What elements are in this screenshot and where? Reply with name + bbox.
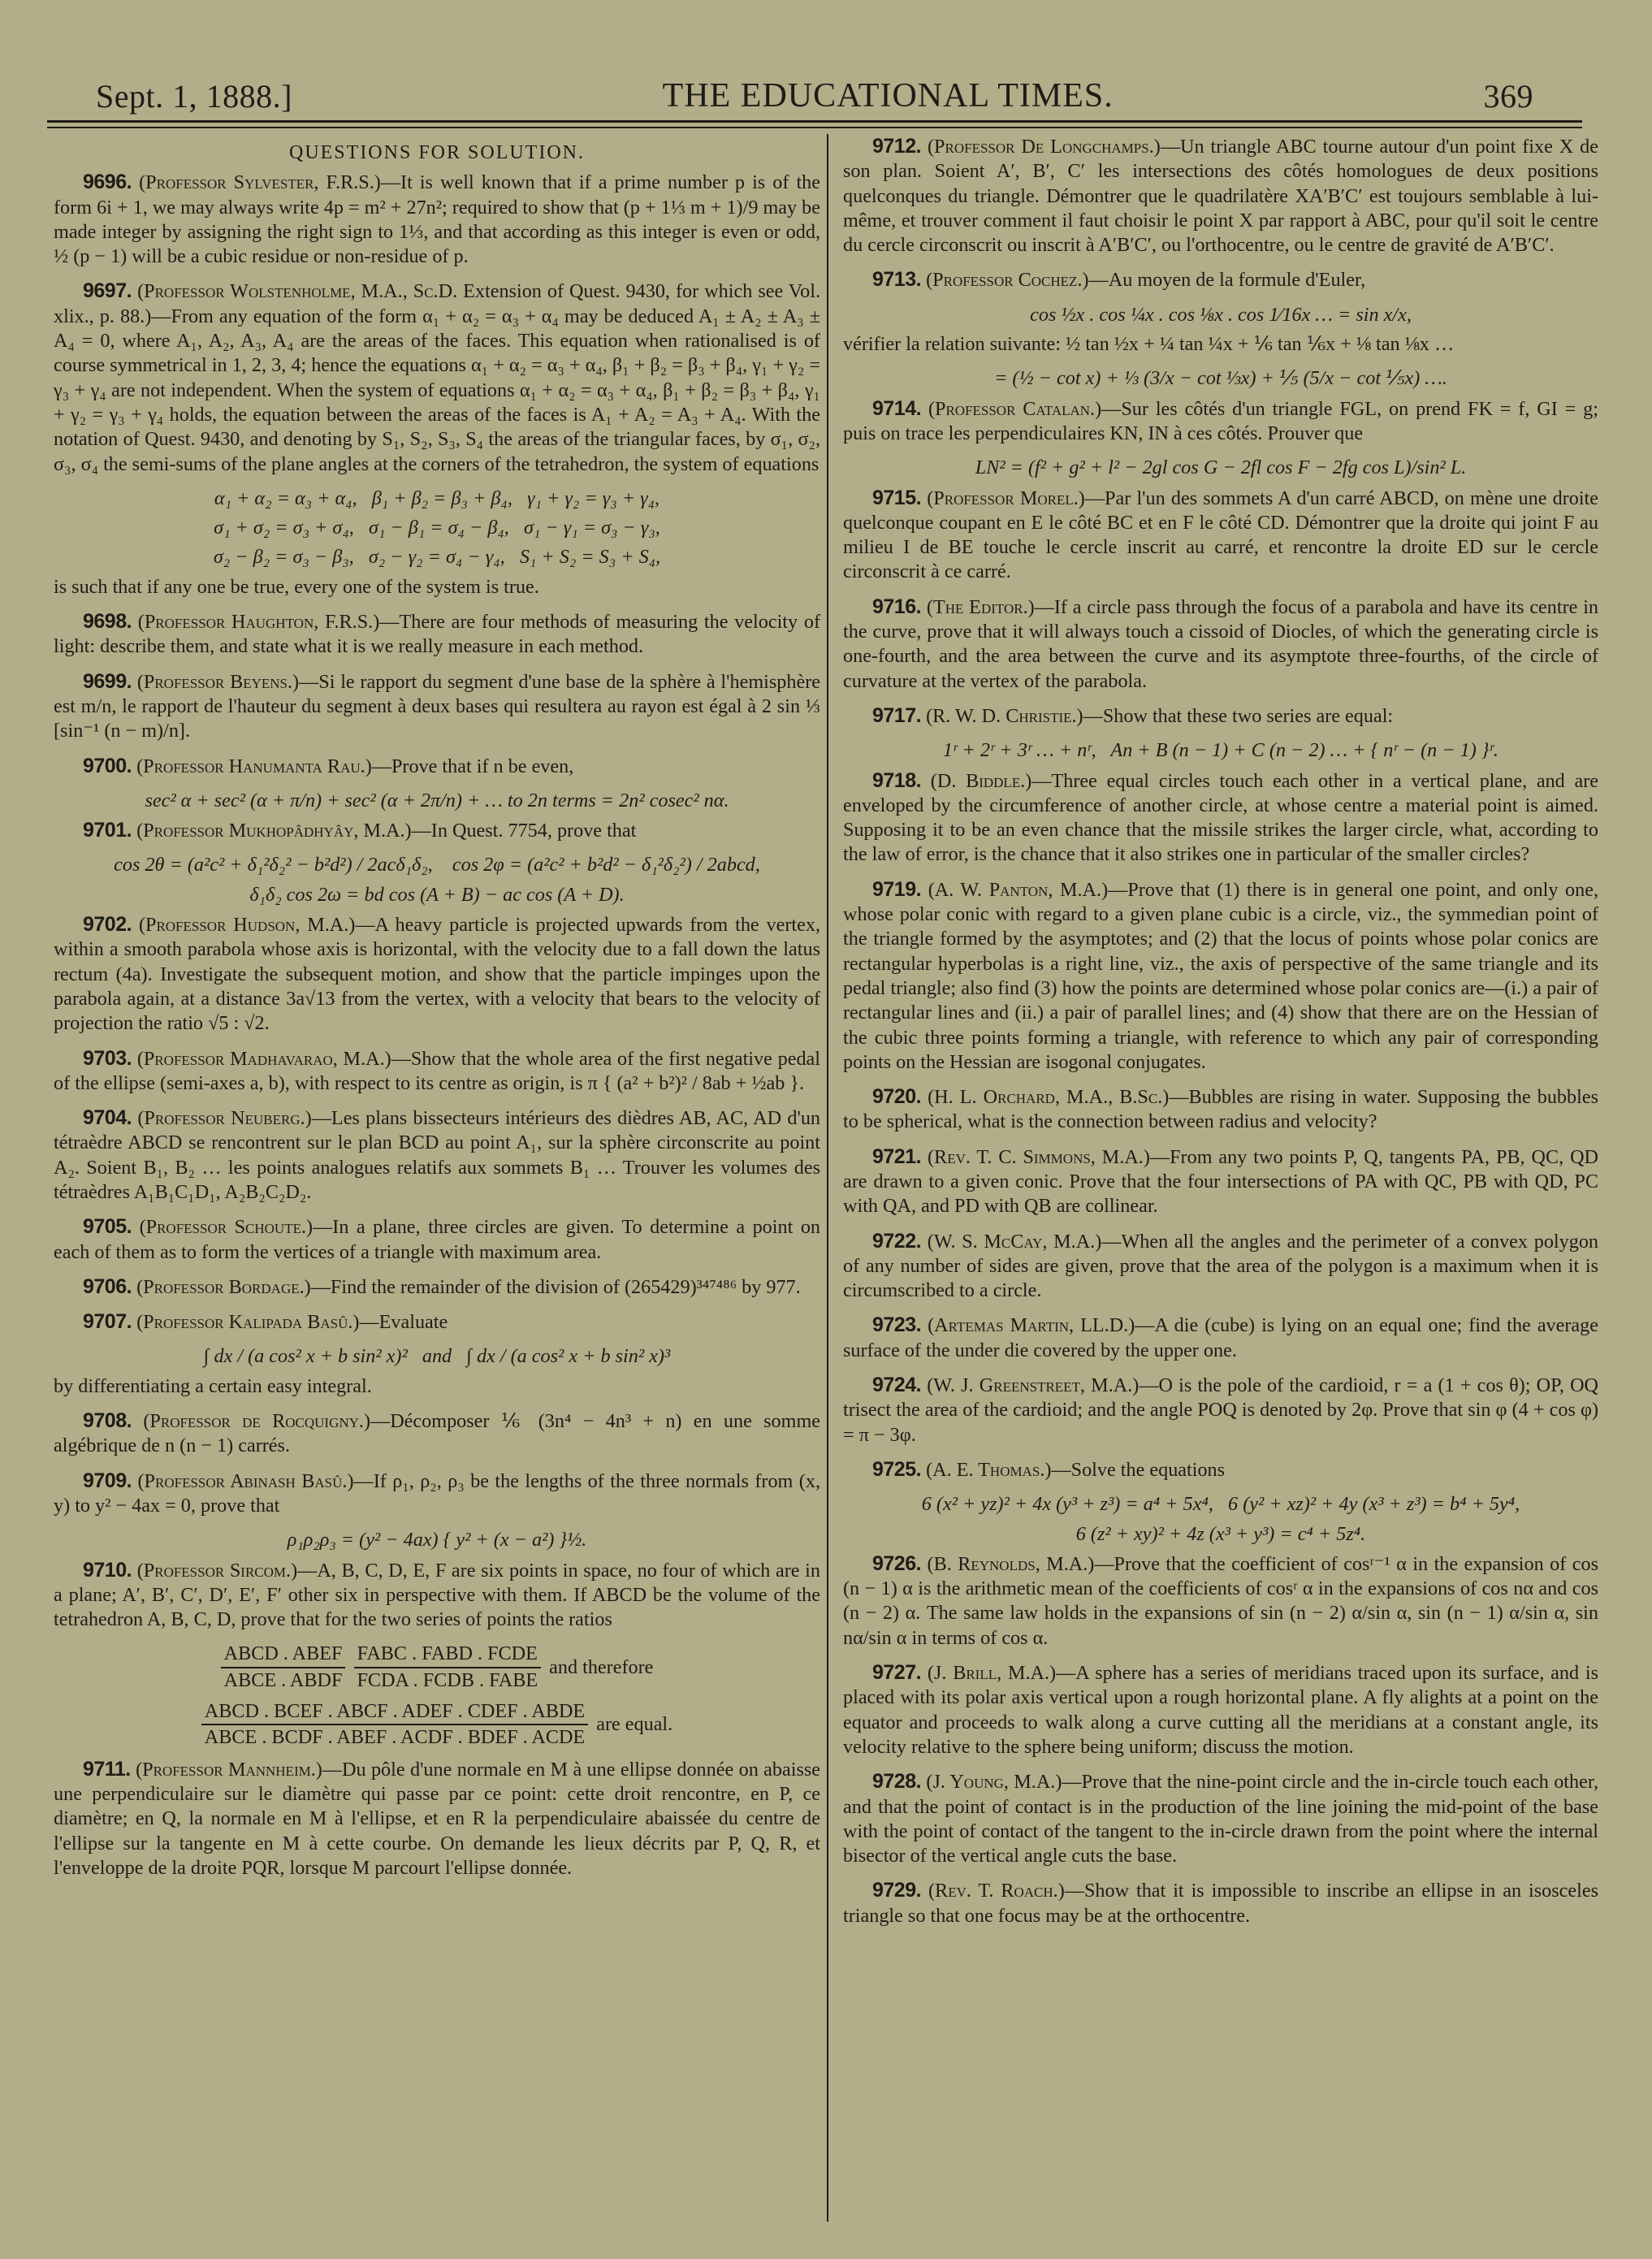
- question-item: 9701. (Professor Mukhopâdhyây, M.A.)—In …: [54, 818, 820, 843]
- ratio-denominator: FCDA . FCDB . FABE: [353, 1668, 541, 1693]
- question-item: 9700. (Professor Hanumanta Rau.)—Prove t…: [54, 754, 820, 779]
- question-number: 9725.: [872, 1458, 921, 1481]
- question-continuation: by differentiating a certain easy integr…: [54, 1374, 820, 1399]
- question-author: (Professor Morel.): [927, 487, 1085, 509]
- question-item: 9708. (Professor de Rocquigny.)—Décompos…: [54, 1409, 820, 1459]
- question-item: 9722. (W. S. McCay, M.A.)—When all the a…: [843, 1229, 1598, 1304]
- question-number: 9700.: [83, 755, 132, 777]
- question-author: (D. Biddle.): [931, 770, 1032, 792]
- question-item: 9726. (B. Reynolds, M.A.)—Prove that the…: [843, 1551, 1598, 1651]
- question-author: (The Editor.): [927, 596, 1035, 618]
- question-number: 9715.: [872, 487, 921, 509]
- question-item: 9696. (Professor Sylvester, F.R.S.)—It i…: [54, 170, 820, 269]
- question-number: 9718.: [872, 769, 921, 792]
- question-author: (W. J. Greenstreet, M.A.): [927, 1374, 1139, 1396]
- question-text: —Prove that (1) there is in general one …: [843, 879, 1598, 1073]
- question-number: 9711.: [83, 1758, 131, 1781]
- issue-date: Sept. 1, 1888.]: [96, 77, 292, 115]
- question-number: 9723.: [872, 1313, 921, 1336]
- question-item: 9719. (A. W. Panton, M.A.)—Prove that (1…: [843, 877, 1598, 1075]
- question-item: 9729. (Rev. T. Roach.)—Show that it is i…: [843, 1878, 1598, 1928]
- question-number: 9714.: [872, 397, 921, 420]
- question-item: 9706. (Professor Bordage.)—Find the rema…: [54, 1274, 820, 1300]
- question-item: 9705. (Professor Schoute.)—In a plane, t…: [54, 1214, 820, 1265]
- question-author: (Artemas Martin, LL.D.): [928, 1314, 1135, 1336]
- question-number: 9716.: [872, 595, 921, 618]
- question-text: Extension of Quest. 9430, for which see …: [54, 280, 820, 474]
- question-item: 9709. (Professor Abinash Basû.)—If ρ₁, ρ…: [54, 1469, 820, 1519]
- question-item: 9698. (Professor Haughton, F.R.S.)—There…: [54, 609, 820, 660]
- equation: cos ½x . cos ¼x . cos ⅛x . cos 1⁄16x … =…: [843, 303, 1598, 327]
- question-author: (H. L. Orchard, M.A., B.Sc.): [928, 1086, 1169, 1108]
- page-header: Sept. 1, 1888.] THE EDUCATIONAL TIMES. 3…: [47, 49, 1582, 115]
- question-number: 9712.: [872, 135, 921, 158]
- question-item: 9713. (Professor Cochez.)—Au moyen de la…: [843, 267, 1598, 292]
- question-number: 9727.: [872, 1661, 921, 1684]
- question-author: (A. E. Thomas.): [926, 1459, 1051, 1481]
- question-author: (R. W. D. Christie.): [926, 705, 1083, 727]
- question-continuation: is such that if any one be true, every o…: [54, 575, 820, 599]
- ratio-label: and therefore: [549, 1655, 653, 1680]
- question-author: (Rev. T. Roach.): [928, 1880, 1065, 1902]
- question-author: (Professor Madhavarao, M.A.): [137, 1048, 391, 1070]
- question-author: (Professor Neuberg.): [137, 1107, 311, 1129]
- section-heading: QUESTIONS FOR SOLUTION.: [54, 141, 820, 165]
- equation: σ₁ + σ₂ = σ₃ + σ₄, σ₁ − β₁ = σ₄ − β₄, σ₁…: [54, 516, 820, 540]
- question-item: 9723. (Artemas Martin, LL.D.)—A die (cub…: [843, 1313, 1598, 1363]
- question-item: 9710. (Professor Sircom.)—A, B, C, D, E,…: [54, 1558, 820, 1633]
- question-author: (Professor Wolstenholme, M.A., Sc.D.: [137, 280, 457, 302]
- header-rule-thin: [47, 127, 1582, 128]
- question-number: 9699.: [83, 670, 132, 693]
- publication-title: THE EDUCATIONAL TIMES.: [663, 76, 1114, 115]
- ratio-numerator: FABC . FABD . FCDE: [354, 1642, 541, 1668]
- equation: σ₂ − β₂ = σ₃ − β₃, σ₂ − γ₂ = σ₄ − γ₄, S₁…: [54, 545, 820, 569]
- question-item: 9718. (D. Biddle.)—Three equal circles t…: [843, 768, 1598, 868]
- question-author: (Professor Abinash Basû.): [138, 1470, 354, 1492]
- equation: 1ʳ + 2ʳ + 3ʳ … + nʳ, An + B (n − 1) + C …: [843, 738, 1598, 763]
- question-item: 9711. (Professor Mannheim.)—Du pôle d'un…: [54, 1757, 820, 1880]
- question-text: —Evaluate: [359, 1311, 448, 1333]
- ratio-group: ABCD . BCEF . ABCF . ADEF . CDEF . ABDEA…: [54, 1699, 820, 1751]
- question-text: —Solve the equations: [1051, 1459, 1225, 1481]
- question-author: (Professor de Rocquigny.): [143, 1410, 370, 1432]
- question-number: 9722.: [872, 1230, 921, 1253]
- question-number: 9706.: [83, 1275, 132, 1298]
- question-text: —Prove that if n be even,: [372, 755, 574, 777]
- question-number: 9701.: [83, 819, 132, 842]
- left-column: QUESTIONS FOR SOLUTION. 9696. (Professor…: [54, 134, 820, 1890]
- question-number: 9704.: [83, 1106, 132, 1129]
- question-author: (A. W. Panton, M.A.): [928, 879, 1108, 901]
- question-author: (Professor Kalipada Basû.): [136, 1311, 359, 1333]
- question-number: 9709.: [83, 1469, 132, 1492]
- question-item: 9703. (Professor Madhavarao, M.A.)—Show …: [54, 1046, 820, 1097]
- question-continuation: vérifier la relation suivante: ½ tan ½x …: [843, 332, 1598, 357]
- question-text: —Au moyen de la formule d'Euler,: [1089, 269, 1366, 291]
- equation: 6 (x² + yz)² + 4x (y³ + z³) = a⁴ + 5x⁴, …: [843, 1492, 1598, 1517]
- ratio-denominator: ABCE . ABDF: [221, 1668, 346, 1693]
- question-author: (J. Brill, M.A.): [928, 1662, 1056, 1684]
- equation: ∫ dx / (a cos² x + b sin² x)² and ∫ dx /…: [54, 1344, 820, 1369]
- question-item: 9702. (Professor Hudson, M.A.)—A heavy p…: [54, 912, 820, 1036]
- page-number: 369: [1484, 77, 1534, 115]
- question-item: 9724. (W. J. Greenstreet, M.A.)—O is the…: [843, 1373, 1598, 1448]
- ratio-denominator: ABCE . BCDF . ABEF . ACDF . BDEF . ACDE: [201, 1725, 588, 1750]
- ratio-group: ABCD . ABEFABCE . ABDFFABC . FABD . FCDE…: [54, 1642, 820, 1693]
- question-author: (Professor Hudson, M.A.): [139, 914, 355, 936]
- question-number: 9707.: [83, 1310, 132, 1333]
- question-item: 9725. (A. E. Thomas.)—Solve the equation…: [843, 1457, 1598, 1482]
- question-author: (Professor Haughton, F.R.S.): [138, 611, 380, 633]
- ratio-numerator: ABCD . ABEF: [221, 1642, 346, 1668]
- question-number: 9726.: [872, 1552, 921, 1575]
- equation: LN² = (f² + g² + l² − 2gl cos G − 2fl co…: [843, 456, 1598, 480]
- header-rule: [47, 120, 1582, 123]
- question-author: (J. Young, M.A.): [926, 1771, 1062, 1793]
- question-author: (Professor Sircom.): [137, 1560, 297, 1582]
- question-item: 9714. (Professor Catalan.)—Sur les côtés…: [843, 396, 1598, 447]
- question-number: 9717.: [872, 704, 921, 727]
- question-item: 9704. (Professor Neuberg.)—Les plans bis…: [54, 1106, 820, 1205]
- question-item: 9699. (Professor Beyens.)—Si le rapport …: [54, 669, 820, 744]
- ratio-fraction: FABC . FABD . FCDEFCDA . FCDB . FABE: [353, 1642, 541, 1693]
- question-author: (Rev. T. C. Simmons, M.A.): [928, 1146, 1150, 1168]
- question-number: 9719.: [872, 878, 921, 901]
- question-item: 9716. (The Editor.)—If a circle pass thr…: [843, 595, 1598, 694]
- question-number: 9724.: [872, 1374, 921, 1396]
- ratio-label: are equal.: [596, 1712, 672, 1737]
- question-number: 9713.: [872, 268, 921, 291]
- equation: ρ₁ρ₂ρ₃ = (y² − 4ax) { y² + (x − a²) }½.: [54, 1528, 820, 1552]
- question-item: 9727. (J. Brill, M.A.)—A sphere has a se…: [843, 1660, 1598, 1759]
- question-number: 9729.: [872, 1879, 921, 1902]
- question-author: (Professor Hanumanta Rau.): [136, 755, 372, 777]
- right-column: 9712. (Professor De Longchamps.)—Un tria…: [827, 134, 1598, 2222]
- question-number: 9702.: [83, 913, 132, 936]
- question-number: 9705.: [83, 1215, 132, 1238]
- question-number: 9710.: [83, 1559, 132, 1582]
- question-text: —Find the remainder of the division of (…: [311, 1276, 801, 1298]
- question-author: (Professor Schoute.): [140, 1216, 314, 1238]
- question-list-right: 9712. (Professor De Longchamps.)—Un tria…: [843, 134, 1598, 1928]
- question-author: (B. Reynolds, M.A.): [928, 1553, 1095, 1575]
- question-text: —Show that these two series are equal:: [1083, 705, 1394, 727]
- equation: α₁ + α₂ = α₃ + α₄, β₁ + β₂ = β₃ + β₄, γ₁…: [54, 487, 820, 511]
- question-number: 9728.: [872, 1770, 921, 1793]
- newspaper-page: Sept. 1, 1888.] THE EDUCATIONAL TIMES. 3…: [47, 49, 1582, 2242]
- equation: cos 2θ = (a²c² + δ₁²δ₂² − b²d²) / 2acδ₁δ…: [54, 853, 820, 877]
- equation: δ₁δ₂ cos 2ω = bd cos (A + B) − ac cos (A…: [54, 883, 820, 907]
- question-list-left: 9696. (Professor Sylvester, F.R.S.)—It i…: [54, 170, 820, 1880]
- question-number: 9703.: [83, 1047, 132, 1070]
- question-number: 9708.: [83, 1409, 132, 1432]
- question-author: (Professor De Longchamps.): [928, 136, 1161, 158]
- question-author: (Professor Bordage.): [136, 1276, 311, 1298]
- question-author: (W. S. McCay, M.A.): [928, 1231, 1102, 1253]
- ratio-numerator: ABCD . BCEF . ABCF . ADEF . CDEF . ABDE: [201, 1699, 588, 1725]
- question-number: 9698.: [83, 610, 132, 633]
- question-item: 9697. (Professor Wolstenholme, M.A., Sc.…: [54, 279, 820, 476]
- question-author: (Professor Beyens.): [137, 671, 299, 693]
- question-item: 9717. (R. W. D. Christie.)—Show that the…: [843, 703, 1598, 729]
- equation: = (½ − cot x) + ⅓ (3/x − cot ⅓x) + ⅕ (5/…: [843, 366, 1598, 391]
- question-author: (Professor Mukhopâdhyây, M.A.): [136, 820, 411, 842]
- question-text: —In Quest. 7754, prove that: [412, 820, 637, 842]
- equation: sec² α + sec² (α + π/n) + sec² (α + 2π/n…: [54, 789, 820, 813]
- question-number: 9696.: [83, 171, 132, 193]
- equation: 6 (z² + xy)² + 4z (x³ + y³) = c⁴ + 5z⁴.: [843, 1522, 1598, 1547]
- question-number: 9720.: [872, 1085, 921, 1108]
- question-author: (Professor Catalan.): [928, 398, 1101, 420]
- question-author: (Professor Mannheim.): [136, 1759, 322, 1781]
- ratio-fraction: ABCD . ABEFABCE . ABDF: [221, 1642, 346, 1693]
- question-author: (Professor Sylvester, F.R.S.): [139, 171, 381, 193]
- question-number: 9721.: [872, 1145, 921, 1168]
- question-number: 9697.: [83, 279, 132, 302]
- question-item: 9715. (Professor Morel.)—Par l'un des so…: [843, 486, 1598, 585]
- question-author: (Professor Cochez.): [926, 269, 1088, 291]
- question-item: 9712. (Professor De Longchamps.)—Un tria…: [843, 134, 1598, 257]
- question-item: 9707. (Professor Kalipada Basû.)—Evaluat…: [54, 1309, 820, 1335]
- question-item: 9721. (Rev. T. C. Simmons, M.A.)—From an…: [843, 1145, 1598, 1219]
- ratio-fraction: ABCD . BCEF . ABCF . ADEF . CDEF . ABDEA…: [201, 1699, 588, 1751]
- question-item: 9728. (J. Young, M.A.)—Prove that the ni…: [843, 1769, 1598, 1868]
- question-item: 9720. (H. L. Orchard, M.A., B.Sc.)—Bubbl…: [843, 1084, 1598, 1135]
